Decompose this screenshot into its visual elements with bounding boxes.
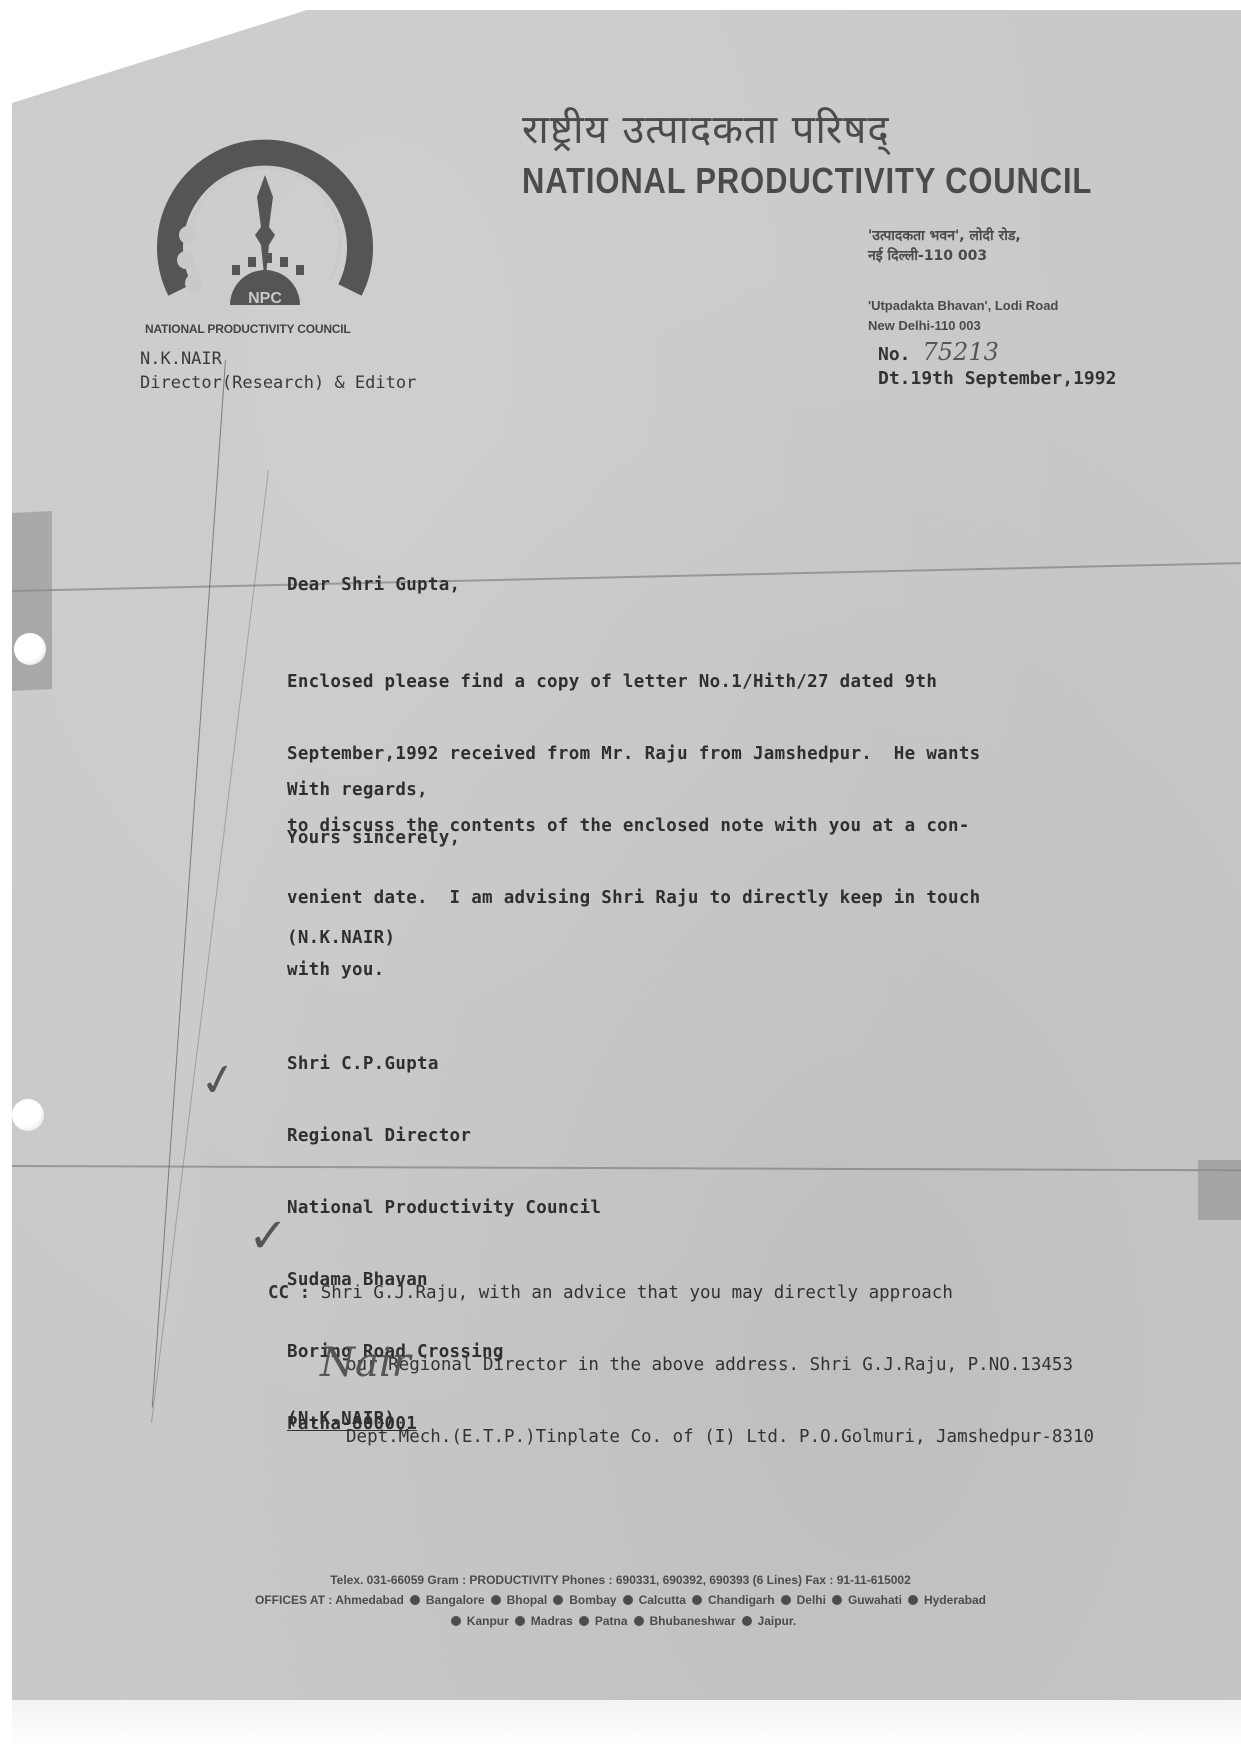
npc-emblem-icon: NPC (150, 105, 380, 325)
office-city: Patna (595, 1614, 628, 1628)
logo-caption: NATIONAL PRODUCTIVITY COUNCIL (145, 322, 351, 336)
reference-number-value: 75213 (923, 338, 999, 366)
body-line: with you. (287, 958, 981, 982)
office-city: Bhubaneshwar (650, 1614, 736, 1628)
cc-label: CC : (268, 1283, 310, 1303)
sender-block: N.K.NAIR Director(Research) & Editor (140, 347, 416, 395)
offices-list: KanpurMadrasPatnaBhubaneshwarJaipur. (445, 1614, 796, 1628)
reference-date: Dt.19th September,1992 (878, 367, 1116, 391)
reference-block: No.75213 Dt.19th September,1992 (878, 340, 1116, 391)
bullet-icon (832, 1595, 842, 1605)
address-hindi: 'उत्पादकता भवन', लोदी रोड, नई दिल्ली-110… (868, 226, 1021, 266)
signatory-name: (N.K.NAIR) (287, 926, 395, 950)
address-english-line-1: 'Utpadakta Bhavan', Lodi Road (868, 296, 1058, 316)
bullet-icon (781, 1595, 791, 1605)
cc-signatory-name: (N.K.NAIR) (287, 1407, 395, 1431)
org-name-english: NATIONAL PRODUCTIVITY COUNCIL (522, 160, 1092, 202)
body-line: Enclosed please find a copy of letter No… (287, 670, 981, 694)
recipient-line: Shri C.P.Gupta (287, 1052, 601, 1076)
office-city: Calcutta (639, 1593, 686, 1607)
bullet-icon (515, 1616, 525, 1626)
footer-offices-row-1: OFFICES AT : AhmedabadBangaloreBhopalBom… (0, 1593, 1241, 1607)
bullet-icon (623, 1595, 633, 1605)
org-name-hindi: राष्ट्रीय उत्पादकता परिषद् (522, 100, 890, 155)
office-city: Bombay (569, 1593, 616, 1607)
offices-list: AhmedabadBangaloreBhopalBombayCalcuttaCh… (335, 1593, 986, 1607)
address-hindi-line-1: 'उत्पादकता भवन', लोदी रोड, (868, 226, 1021, 246)
recipient-line: Regional Director (287, 1124, 601, 1148)
office-city: Bangalore (426, 1593, 485, 1607)
salutation: Dear Shri Gupta, (287, 573, 460, 597)
recipient-line: National Productivity Council (287, 1196, 601, 1220)
offices-label: OFFICES AT : (255, 1593, 332, 1607)
address-english: 'Utpadakta Bhavan', Lodi Road New Delhi-… (868, 296, 1058, 336)
office-city: Guwahati (848, 1593, 902, 1607)
punch-hole-top (14, 633, 46, 665)
address-hindi-line-2: नई दिल्ली-110 003 (868, 246, 1021, 266)
office-city: Hyderabad (924, 1593, 986, 1607)
handwritten-signature: Nair (320, 1340, 411, 1386)
bullet-icon (410, 1595, 420, 1605)
bullet-icon (491, 1595, 501, 1605)
bullet-icon (634, 1616, 644, 1626)
closing-sincerely: Yours sincerely, (287, 826, 460, 850)
office-city: Jaipur. (758, 1614, 797, 1628)
closing-regards: With regards, (287, 778, 428, 802)
page-bottom-margin (12, 1700, 1241, 1750)
office-city: Delhi (797, 1593, 826, 1607)
cc-line-1: CC : Shri G.J.Raju, with an advice that … (268, 1281, 1094, 1305)
reference-number: No.75213 (878, 340, 1116, 367)
reference-number-label: No. (878, 344, 911, 365)
svg-text:NPC: NPC (248, 290, 282, 307)
cc-text: Shri G.J.Raju, with an advice that you m… (321, 1283, 953, 1303)
punch-hole-bottom (12, 1099, 44, 1131)
office-city: Chandigarh (708, 1593, 775, 1607)
tape-right (1198, 1160, 1241, 1220)
bullet-icon (579, 1616, 589, 1626)
office-city: Madras (531, 1614, 573, 1628)
office-city: Ahmedabad (335, 1593, 404, 1607)
body-line: venient date. I am advising Shri Raju to… (287, 886, 981, 910)
office-city: Kanpur (467, 1614, 509, 1628)
footer-contact: Telex. 031-66059 Gram : PRODUCTIVITY Pho… (0, 1573, 1241, 1587)
sender-name: N.K.NAIR (140, 347, 416, 371)
bullet-icon (742, 1616, 752, 1626)
bullet-icon (692, 1595, 702, 1605)
bullet-icon (553, 1595, 563, 1605)
bullet-icon (908, 1595, 918, 1605)
office-city: Bhopal (507, 1593, 548, 1607)
sender-title: Director(Research) & Editor (140, 371, 416, 395)
bullet-icon (451, 1616, 461, 1626)
body-line: September,1992 received from Mr. Raju fr… (287, 742, 981, 766)
footer-offices-row-2: KanpurMadrasPatnaBhubaneshwarJaipur. (0, 1614, 1241, 1628)
address-english-line-2: New Delhi-110 003 (868, 316, 1058, 336)
